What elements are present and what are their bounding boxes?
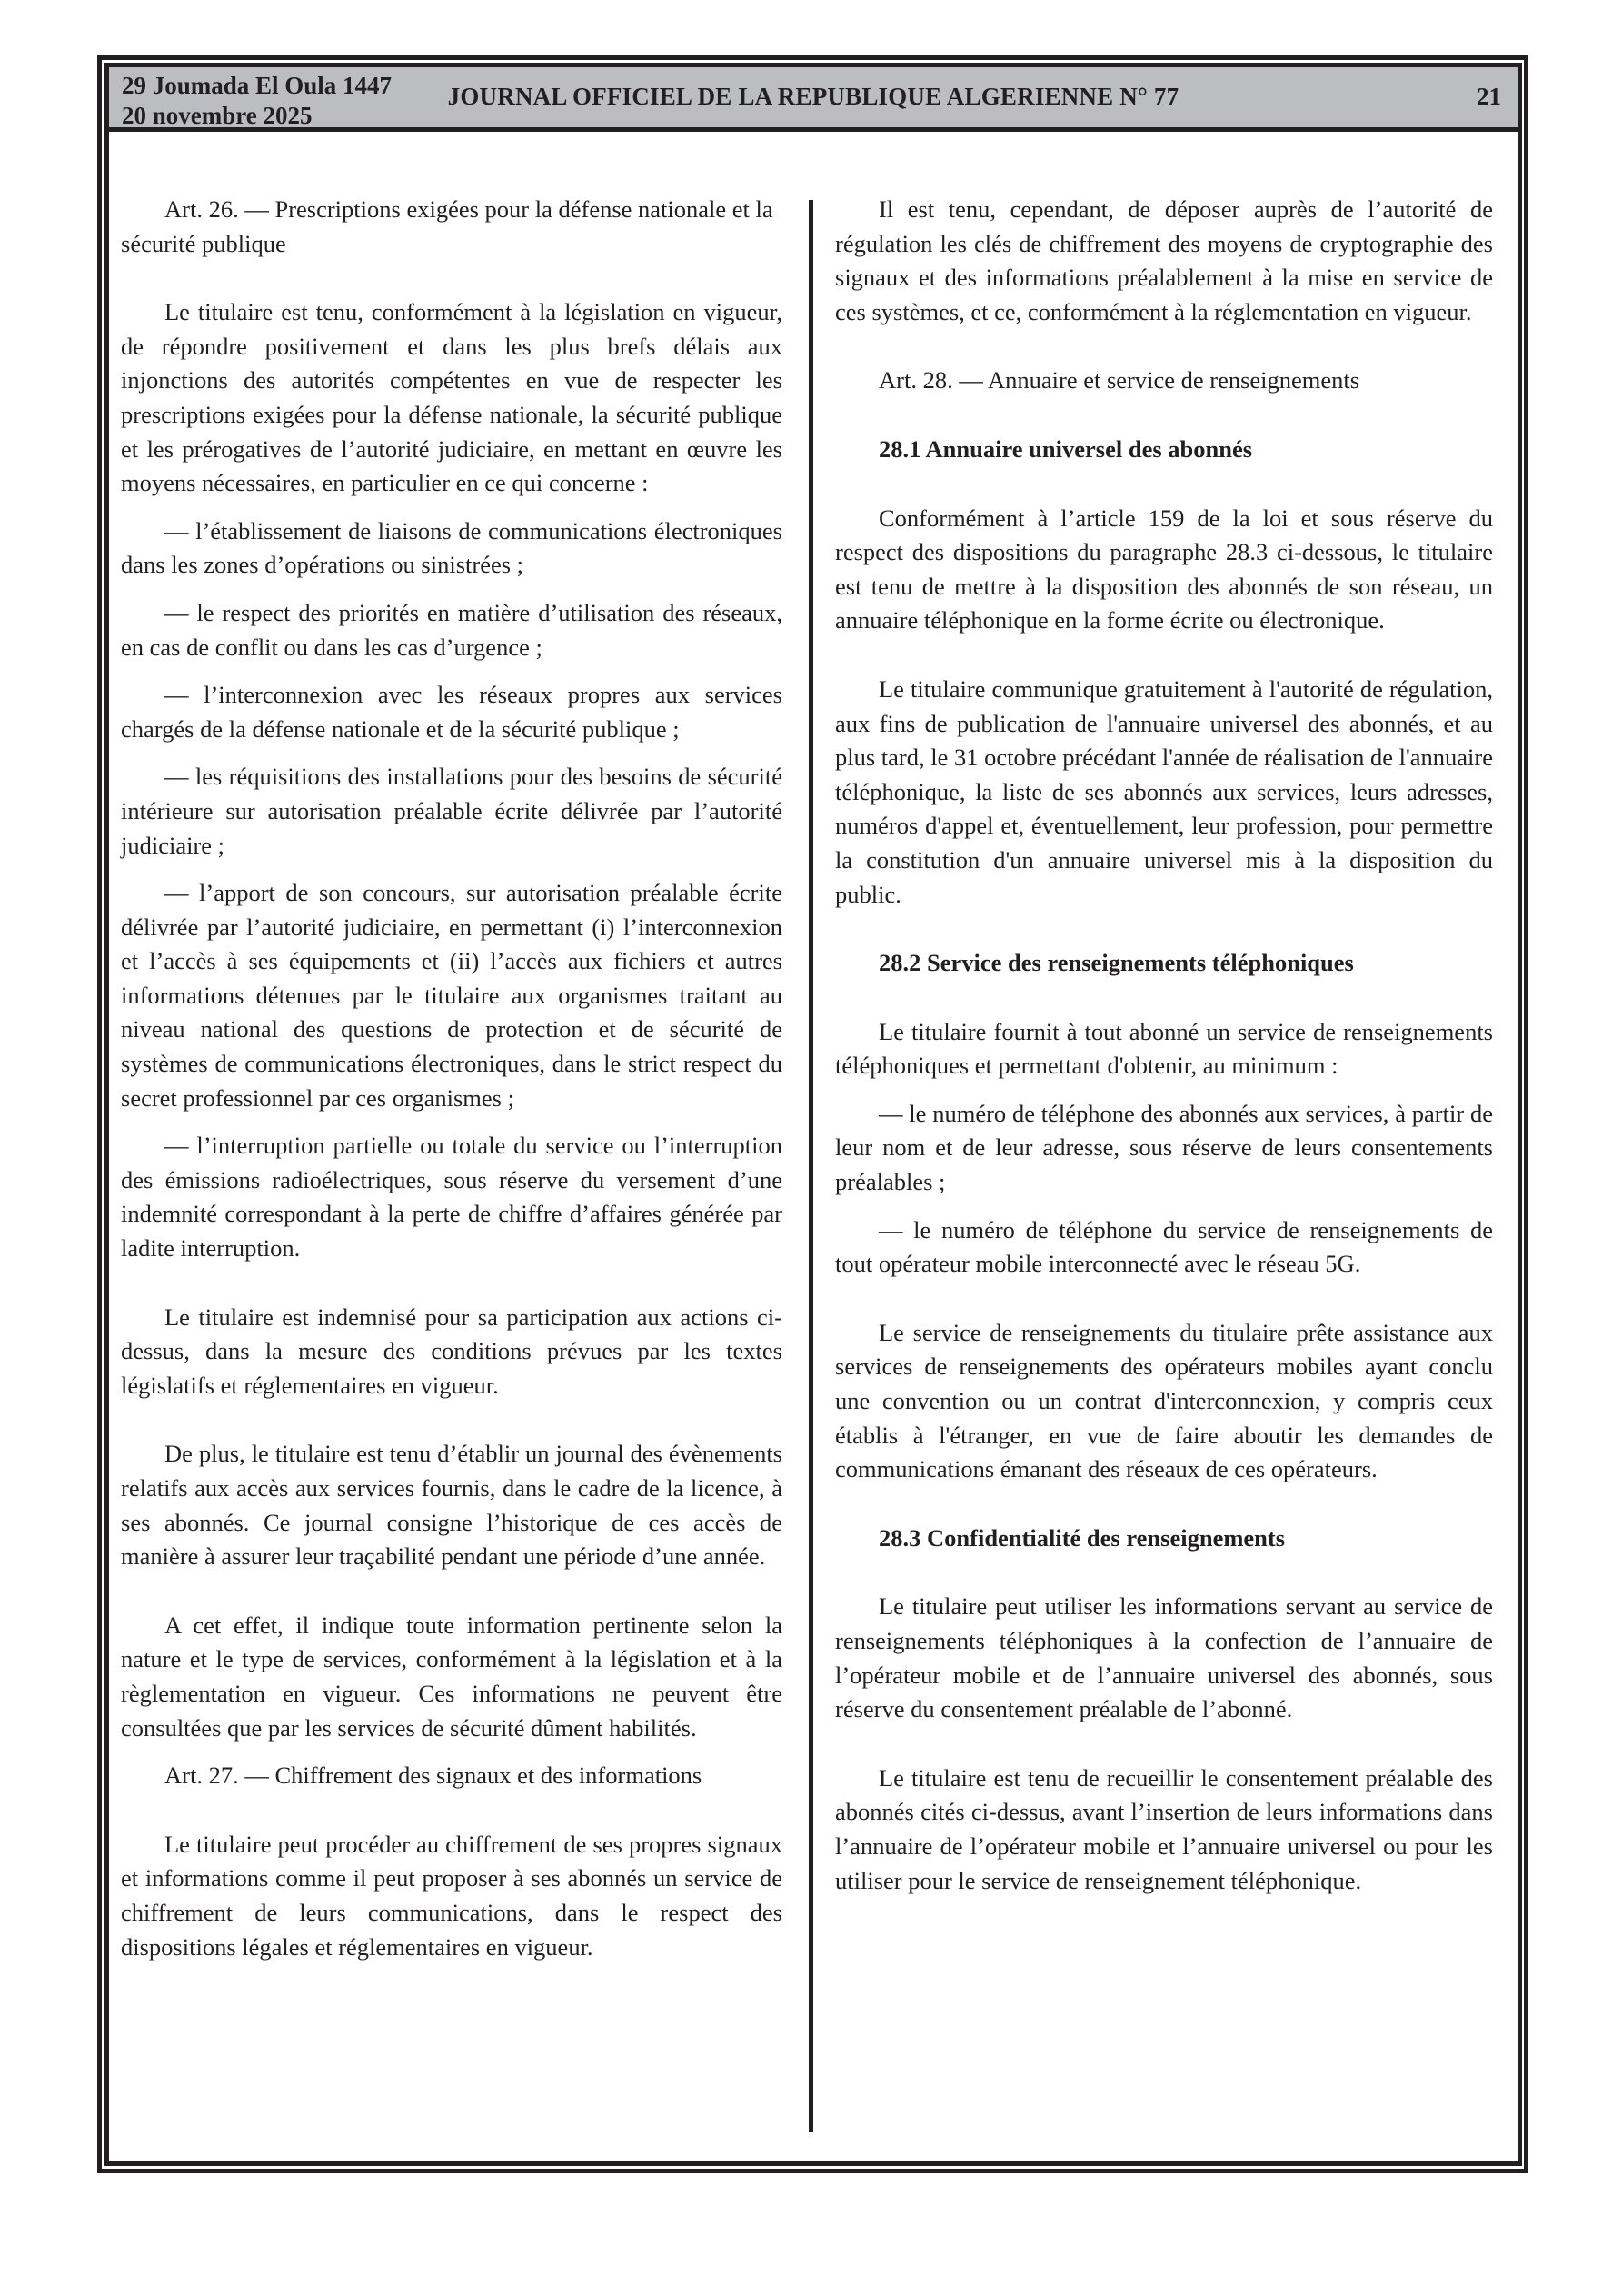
list-item: — l’interruption partielle ou totale du … [121,1129,782,1265]
article-28-title: Art. 28. — Annuaire et service de rensei… [835,364,1493,398]
list-item: — l’apport de son concours, sur autorisa… [121,876,782,1115]
page-number: 21 [1477,83,1501,111]
list-item: — l’établissement de liaisons de communi… [121,514,782,583]
article-26-effect: A cet effet, il indique toute informatio… [121,1609,782,1745]
column-divider [809,200,813,2132]
article-27-continuation: Il est tenu, cependant, de déposer auprè… [835,193,1493,329]
section-28-2-paragraph-1: Le titulaire fournit à tout abonné un se… [835,1015,1493,1083]
section-28-1-heading: 28.1 Annuaire universel des abonnés [835,433,1493,467]
right-column: Il est tenu, cependant, de déposer auprè… [835,193,1493,1898]
section-28-3-paragraph-2: Le titulaire est tenu de recueillir le c… [835,1762,1493,1898]
list-item: — le respect des priorités en matière d’… [121,596,782,664]
article-26-journal: De plus, le titulaire est tenu d’établir… [121,1437,782,1573]
list-item: — le numéro de téléphone des abonnés aux… [835,1097,1493,1200]
page-header: 29 Joumada El Oula 1447 20 novembre 2025… [109,67,1518,132]
section-28-3-heading: 28.3 Confidentialité des renseignements [835,1522,1493,1556]
journal-title: JOURNAL OFFICIEL DE LA REPUBLIQUE ALGERI… [109,83,1518,111]
section-28-2-paragraph-2: Le service de renseignements du titulair… [835,1316,1493,1487]
list-item: — l’interconnexion avec les réseaux prop… [121,678,782,746]
section-28-1-paragraph-1: Conformément à l’article 159 de la loi e… [835,502,1493,638]
article-26-intro: Le titulaire est tenu, conformément à la… [121,295,782,501]
left-column: Art. 26. — Prescriptions exigées pour la… [121,193,782,1964]
list-item: — le numéro de téléphone du service de r… [835,1213,1493,1282]
article-27-title: Art. 27. — Chiffrement des signaux et de… [121,1759,782,1793]
article-26-title: Art. 26. — Prescriptions exigées pour la… [121,193,782,261]
article-27-body: Le titulaire peut procéder au chiffremen… [121,1828,782,1964]
section-28-3-paragraph-1: Le titulaire peut utiliser les informati… [835,1590,1493,1726]
section-28-2-heading: 28.2 Service des renseignements téléphon… [835,946,1493,981]
list-item: — les réquisitions des installations pou… [121,760,782,863]
article-26-indemnity: Le titulaire est indemnisé pour sa parti… [121,1301,782,1403]
section-28-1-paragraph-2: Le titulaire communique gratuitement à l… [835,673,1493,912]
